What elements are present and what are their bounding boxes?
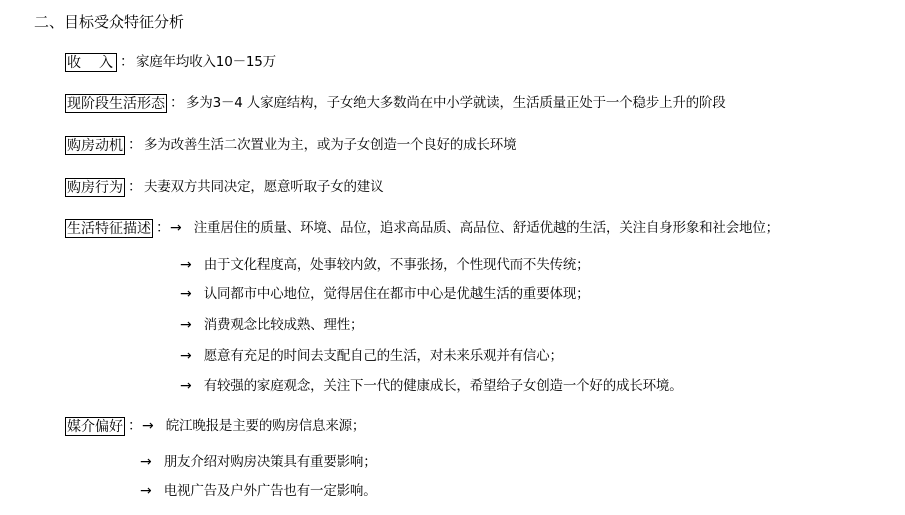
list-item: → 由于文化程度高，处事较内敛，不事张扬，个性现代而不失传统； <box>180 255 589 275</box>
item-purchase-behavior: 购房行为 ： 夫妻双方共同决定，愿意听取子女的建议 <box>65 177 383 197</box>
list-item: → 消费观念比较成熟、理性； <box>180 315 363 335</box>
purchase-behavior-text: 夫妻双方共同决定，愿意听取子女的建议 <box>144 178 383 196</box>
list-item: → 有较强的家庭观念，关注下一代的健康成长，希望给子女创造一个好的成长环境。 <box>180 376 683 396</box>
item-media-preference: 媒介偏好 ： → 皖江晚报是主要的购房信息来源； <box>65 416 365 436</box>
label-income: 收 入 <box>65 53 117 72</box>
item-life-characteristics: 生活特征描述 ： → 注重居住的质量、环境、品位，追求高品质、高品位、舒适优越的… <box>65 218 779 238</box>
arrow-icon: → <box>180 316 192 334</box>
colon: ： <box>128 178 142 196</box>
colon: ： <box>170 94 184 112</box>
list-item-text: 朋友介绍对购房决策具有重要影响； <box>164 453 377 471</box>
label-media-preference: 媒介偏好 <box>65 417 125 436</box>
section-heading: 二、目标受众特征分析 <box>34 12 184 32</box>
lifestyle-text: 多为3－4 人家庭结构，子女绝大多数尚在中小学就读，生活质量正处于一个稳步上升的… <box>186 94 726 112</box>
life-characteristics-text: 注重居住的质量、环境、品位，追求高品质、高品位、舒适优越的生活，关注自身形象和社… <box>194 219 779 237</box>
item-purchase-motive: 购房动机 ： 多为改善生活二次置业为主，或为子女创造一个良好的成长环境 <box>65 135 516 155</box>
colon: ： <box>120 53 134 71</box>
label-purchase-motive: 购房动机 <box>65 136 125 155</box>
arrow-icon: → <box>180 347 192 365</box>
arrow-icon: → <box>140 453 152 471</box>
label-life-characteristics: 生活特征描述 <box>65 219 153 238</box>
list-item-text: 由于文化程度高，处事较内敛，不事张扬，个性现代而不失传统； <box>204 256 590 274</box>
list-item-text: 消费观念比较成熟、理性； <box>204 316 364 334</box>
item-lifestyle: 现阶段生活形态 ： 多为3－4 人家庭结构，子女绝大多数尚在中小学就读，生活质量… <box>65 93 726 113</box>
list-item: → 朋友介绍对购房决策具有重要影响； <box>140 452 377 472</box>
list-item: → 认同都市中心地位，觉得居住在都市中心是优越生活的重要体现； <box>180 284 589 304</box>
list-item: → 愿意有充足的时间去支配自己的生活，对未来乐观并有信心； <box>180 346 563 366</box>
colon: ： <box>128 136 142 154</box>
list-item: → 电视广告及户外广告也有一定影响。 <box>140 481 377 501</box>
purchase-motive-text: 多为改善生活二次置业为主，或为子女创造一个良好的成长环境 <box>144 136 516 154</box>
list-item-text: 电视广告及户外广告也有一定影响。 <box>164 482 377 500</box>
colon: ： <box>156 219 170 237</box>
arrow-icon: → <box>180 256 192 274</box>
arrow-icon: → <box>170 219 182 237</box>
label-lifestyle: 现阶段生活形态 <box>65 94 167 113</box>
arrow-icon: → <box>142 417 154 435</box>
arrow-icon: → <box>180 377 192 395</box>
media-preference-text: 皖江晚报是主要的购房信息来源； <box>166 417 366 435</box>
item-income: 收 入 ： 家庭年均收入10－15万 <box>65 52 276 72</box>
arrow-icon: → <box>140 482 152 500</box>
list-item-text: 认同都市中心地位，觉得居住在都市中心是优越生活的重要体现； <box>204 285 590 303</box>
colon: ： <box>128 417 142 435</box>
list-item-text: 有较强的家庭观念，关注下一代的健康成长，希望给子女创造一个好的成长环境。 <box>204 377 683 395</box>
income-text: 家庭年均收入10－15万 <box>136 53 276 71</box>
label-purchase-behavior: 购房行为 <box>65 178 125 197</box>
arrow-icon: → <box>180 285 192 303</box>
list-item-text: 愿意有充足的时间去支配自己的生活，对未来乐观并有信心； <box>204 347 563 365</box>
